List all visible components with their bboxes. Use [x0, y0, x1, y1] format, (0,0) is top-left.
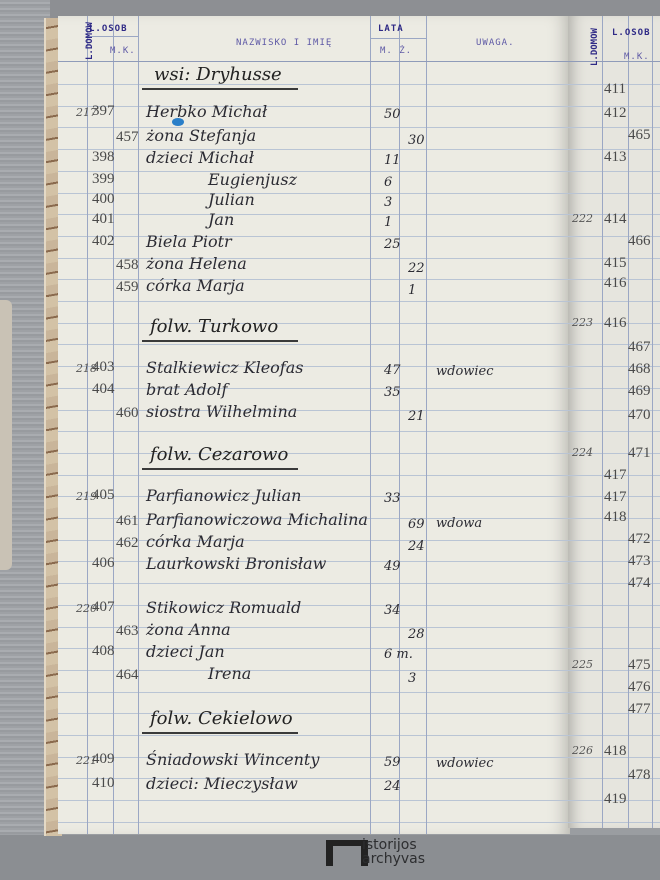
- right-person-number-female: 468: [628, 362, 651, 377]
- age-female: 69: [408, 518, 425, 531]
- right-header-osob: L.OSOB: [612, 28, 651, 38]
- person-name: dzieci Jan: [146, 644, 225, 660]
- header-lata: LATA: [378, 24, 404, 34]
- ink-blot: [172, 118, 184, 126]
- section-title: folw. Cekielowo: [150, 710, 293, 728]
- right-person-number-male: 418: [604, 744, 627, 759]
- right-person-number-male: 416: [604, 276, 627, 291]
- header-name: NAZWISKO I IMIĘ: [236, 38, 332, 48]
- person-number-female: 459: [116, 280, 139, 295]
- right-person-number-female: 465: [628, 128, 651, 143]
- age-male: 6: [384, 176, 392, 189]
- person-number-male: 400: [92, 192, 115, 207]
- person-number-male: 410: [92, 776, 115, 791]
- age-male: 3: [384, 196, 392, 209]
- right-person-number-female: 475: [628, 658, 651, 673]
- section-title: folw. Turkowo: [150, 318, 278, 336]
- person-number-female: 463: [116, 624, 139, 639]
- person-number-male: 397: [92, 104, 115, 119]
- right-person-number-male: 416: [604, 316, 627, 331]
- right-person-number-male: 414: [604, 212, 627, 227]
- right-header-domow: L.DOMOW: [590, 28, 600, 66]
- right-person-number-female: 469: [628, 384, 651, 399]
- right-house-number: 226: [572, 744, 593, 757]
- person-number-female: 461: [116, 514, 139, 529]
- person-name: żona Helena: [146, 256, 247, 272]
- person-number-male: 403: [92, 360, 115, 375]
- archive-stand-label: istorijos archyvas: [362, 838, 425, 866]
- age-male: 49: [384, 560, 401, 573]
- right-header-osob-sub: M.K.: [624, 52, 650, 62]
- age-male: 59: [384, 756, 401, 769]
- ledger-right-page: L.DOMOW L.OSOB M.K. 41141246541322241446…: [568, 16, 660, 828]
- right-house-number: 222: [572, 212, 593, 225]
- right-person-number-female: 476: [628, 680, 651, 695]
- person-number-male: 407: [92, 600, 115, 615]
- person-name: Parfianowicz Julian: [146, 488, 301, 504]
- age-female: 30: [408, 134, 425, 147]
- person-number-female: 457: [116, 130, 139, 145]
- person-name: Laurkowski Bronisław: [146, 556, 326, 572]
- section-underline: [142, 732, 298, 734]
- age-male: 35: [384, 386, 401, 399]
- age-female: 22: [408, 262, 425, 275]
- person-number-male: 402: [92, 234, 115, 249]
- age-male: 33: [384, 492, 401, 505]
- person-name: Jan: [208, 212, 234, 228]
- person-name: córka Marja: [146, 278, 245, 294]
- header-uwaga: UWAGA.: [476, 38, 515, 48]
- age-male: 25: [384, 238, 401, 251]
- person-number-male: 406: [92, 556, 115, 571]
- person-name: Śniadowski Wincenty: [146, 752, 319, 768]
- age-male: 6 m.: [384, 648, 413, 661]
- age-female: 21: [408, 410, 425, 423]
- right-person-number-female: 474: [628, 576, 651, 591]
- person-name: Stikowicz Romuald: [146, 600, 301, 616]
- person-name: brat Adolf: [146, 382, 227, 398]
- stand-label-line-2: archyvas: [362, 852, 425, 866]
- person-name: córka Marja: [146, 534, 245, 550]
- person-name: Herbko Michał: [146, 104, 267, 120]
- person-name: siostra Wilhelmina: [146, 404, 297, 420]
- right-house-number: 223: [572, 316, 593, 329]
- age-female: 28: [408, 628, 425, 641]
- person-number-female: 462: [116, 536, 139, 551]
- section-underline: [142, 468, 298, 470]
- right-person-number-male: 419: [604, 792, 627, 807]
- ledger-left-page: L.DOMOW L.OSOB M.K. NAZWISKO I IMIĘ LATA…: [58, 16, 570, 834]
- person-number-male: 408: [92, 644, 115, 659]
- person-name: Eugienjusz: [208, 172, 297, 188]
- stand-label-line-1: istorijos: [362, 838, 425, 852]
- right-person-number-male: 417: [604, 468, 627, 483]
- person-number-male: 405: [92, 488, 115, 503]
- remark: wdowa: [436, 516, 482, 531]
- person-name: żona Stefanja: [146, 128, 256, 144]
- person-name: Parfianowiczowa Michalina: [146, 512, 368, 528]
- person-name: Biela Piotr: [146, 234, 232, 250]
- age-male: 47: [384, 364, 401, 377]
- person-name: dzieci Michał: [146, 150, 254, 166]
- age-male: 50: [384, 108, 401, 121]
- section-title: wsi: Dryhusse: [154, 66, 282, 84]
- right-person-number-female: 466: [628, 234, 651, 249]
- person-number-female: 458: [116, 258, 139, 273]
- person-number-male: 398: [92, 150, 115, 165]
- right-person-number-female: 467: [628, 340, 651, 355]
- object-left-edge: [0, 300, 12, 570]
- person-name: Julian: [208, 192, 255, 208]
- person-number-male: 404: [92, 382, 115, 397]
- right-person-number-male: 417: [604, 490, 627, 505]
- right-person-number-female: 478: [628, 768, 651, 783]
- right-person-number-male: 411: [604, 82, 626, 97]
- right-house-number: 224: [572, 446, 593, 459]
- header-osob: L.OSOB: [89, 24, 128, 34]
- age-male: 11: [384, 154, 401, 167]
- person-number-male: 399: [92, 172, 115, 187]
- age-male: 34: [384, 604, 401, 617]
- person-number-female: 464: [116, 668, 139, 683]
- header-osob-sub: M.K.: [110, 46, 136, 56]
- right-house-number: 225: [572, 658, 593, 671]
- person-number-female: 460: [116, 406, 139, 421]
- right-person-number-female: 472: [628, 532, 651, 547]
- right-person-number-male: 412: [604, 106, 627, 121]
- person-number-male: 401: [92, 212, 115, 227]
- person-name: Irena: [208, 666, 251, 682]
- person-name: Stalkiewicz Kleofas: [146, 360, 303, 376]
- right-person-number-male: 415: [604, 256, 627, 271]
- header-lata-sub: M. Ż.: [380, 46, 412, 56]
- right-person-number-male: 413: [604, 150, 627, 165]
- person-name: żona Anna: [146, 622, 231, 638]
- right-person-number-female: 471: [628, 446, 651, 461]
- person-number-male: 409: [92, 752, 115, 767]
- age-female: 24: [408, 540, 425, 553]
- age-female: 1: [408, 284, 416, 297]
- section-underline: [142, 88, 298, 90]
- right-person-number-female: 470: [628, 408, 651, 423]
- right-person-number-female: 477: [628, 702, 651, 717]
- age-male: 1: [384, 216, 392, 229]
- right-person-number-female: 473: [628, 554, 651, 569]
- age-male: 24: [384, 780, 401, 793]
- section-underline: [142, 340, 298, 342]
- right-person-number-male: 418: [604, 510, 627, 525]
- remark: wdowiec: [436, 756, 494, 771]
- age-female: 3: [408, 672, 416, 685]
- remark: wdowiec: [436, 364, 494, 379]
- person-name: dzieci: Mieczysław: [146, 776, 298, 792]
- section-title: folw. Cezarowo: [150, 446, 288, 464]
